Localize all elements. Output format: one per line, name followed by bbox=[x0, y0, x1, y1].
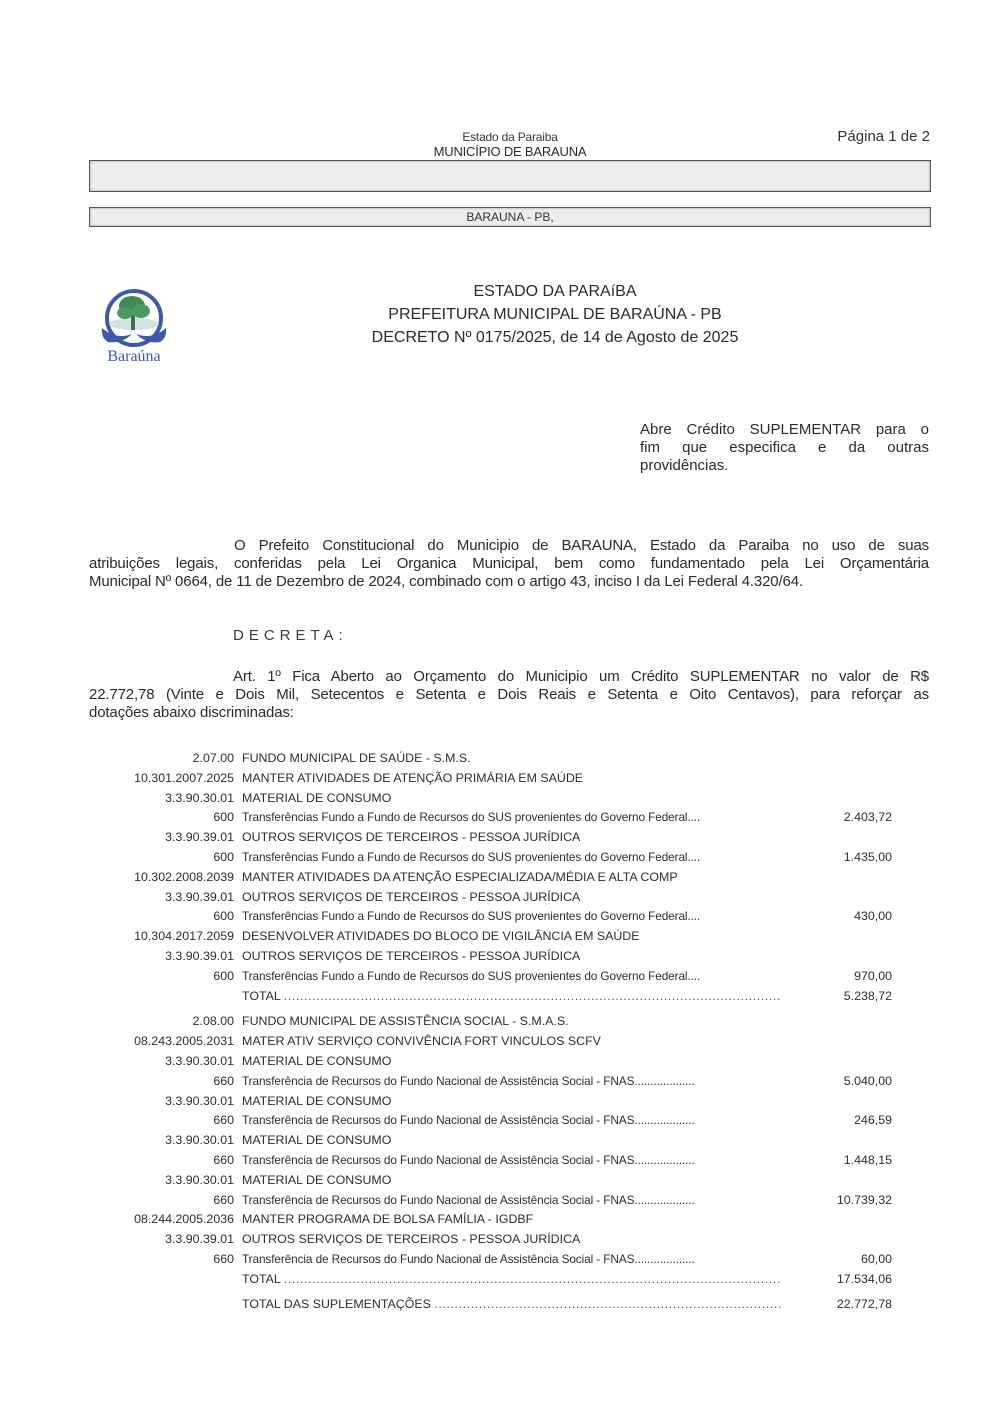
budget-row-grand: TOTAL DAS SUPLEMENTAÇÕES ...............… bbox=[100, 1295, 920, 1315]
budget-row-src: 600Transferências Fundo a Fundo de Recur… bbox=[100, 967, 920, 987]
budget-code: 3.3.90.30.01 bbox=[165, 1052, 234, 1072]
budget-description: MATERIAL DE CONSUMO bbox=[242, 1131, 391, 1151]
budget-value: 22.772,78 bbox=[837, 1295, 892, 1315]
title-state: ESTADO DA PARAíBA bbox=[300, 280, 810, 303]
budget-code: 3.3.90.39.01 bbox=[165, 947, 234, 967]
budget-description: MATERIAL DE CONSUMO bbox=[242, 789, 391, 809]
budget-row-src: 660Transferência de Recursos do Fundo Na… bbox=[100, 1250, 920, 1270]
budget-code: 600 bbox=[213, 907, 234, 927]
article-line: dotações abaixo discriminadas: bbox=[89, 704, 929, 722]
budget-value: 10.739,32 bbox=[837, 1191, 892, 1211]
budget-code: 660 bbox=[213, 1191, 234, 1211]
budget-description: MANTER ATIVIDADES DE ATENÇÃO PRIMÁRIA EM… bbox=[242, 769, 583, 789]
budget-row-element: 3.3.90.30.01MATERIAL DE CONSUMO bbox=[100, 1171, 920, 1191]
budget-description: MANTER ATIVIDADES DA ATENÇÃO ESPECIALIZA… bbox=[242, 868, 678, 888]
article-line: 22.772,78 (Vinte e Dois Mil, Setecentos … bbox=[89, 686, 929, 704]
preamble-paragraph: O Prefeito Constitucional do Municipio d… bbox=[89, 537, 929, 591]
budget-description: OUTROS SERVIÇOS DE TERCEIROS - PESSOA JU… bbox=[242, 1230, 580, 1250]
budget-code: 3.3.90.30.01 bbox=[165, 1092, 234, 1112]
budget-description: OUTROS SERVIÇOS DE TERCEIROS - PESSOA JU… bbox=[242, 947, 580, 967]
budget-row-unit: 2.08.00FUNDO MUNICIPAL DE ASSISTÊNCIA SO… bbox=[100, 1012, 920, 1032]
budget-code: 3.3.90.30.01 bbox=[165, 1171, 234, 1191]
budget-code: 600 bbox=[213, 808, 234, 828]
budget-code: 3.3.90.39.01 bbox=[165, 888, 234, 908]
budget-description: TOTAL ..................................… bbox=[242, 987, 782, 1007]
budget-description: Transferência de Recursos do Fundo Nacio… bbox=[242, 1111, 695, 1131]
budget-value: 1.448,15 bbox=[844, 1151, 892, 1171]
preamble-line: O Prefeito Constitucional do Municipio d… bbox=[89, 537, 929, 555]
budget-code: 660 bbox=[213, 1151, 234, 1171]
budget-description: OUTROS SERVIÇOS DE TERCEIROS - PESSOA JU… bbox=[242, 888, 580, 908]
budget-code: 2.07.00 bbox=[193, 749, 234, 769]
budget-description: Transferências Fundo a Fundo de Recursos… bbox=[242, 907, 700, 927]
budget-description: DESENVOLVER ATIVIDADES DO BLOCO DE VIGIL… bbox=[242, 927, 640, 947]
budget-value: 970,00 bbox=[854, 967, 892, 987]
budget-value: 5.040,00 bbox=[844, 1072, 892, 1092]
budget-row-src: 660Transferência de Recursos do Fundo Na… bbox=[100, 1111, 920, 1131]
budget-description: Transferências Fundo a Fundo de Recursos… bbox=[242, 848, 700, 868]
decreta-heading: DECRETA: bbox=[233, 627, 348, 644]
budget-code: 2.08.00 bbox=[193, 1012, 234, 1032]
budget-row-element: 3.3.90.30.01MATERIAL DE CONSUMO bbox=[100, 1092, 920, 1112]
budget-row-total: TOTAL ..................................… bbox=[100, 987, 920, 1007]
budget-row-action: 10.302.2008.2039MANTER ATIVIDADES DA ATE… bbox=[100, 868, 920, 888]
budget-description: Transferências Fundo a Fundo de Recursos… bbox=[242, 808, 700, 828]
page-indicator: Página 1 de 2 bbox=[837, 128, 930, 145]
budget-row-src: 600Transferências Fundo a Fundo de Recur… bbox=[100, 848, 920, 868]
budget-row-element: 3.3.90.39.01OUTROS SERVIÇOS DE TERCEIROS… bbox=[100, 947, 920, 967]
budget-row-src: 600Transferências Fundo a Fundo de Recur… bbox=[100, 907, 920, 927]
budget-description: FUNDO MUNICIPAL DE ASSISTÊNCIA SOCIAL - … bbox=[242, 1012, 569, 1032]
budget-value: 5.238,72 bbox=[844, 987, 892, 1007]
budget-code: 3.3.90.39.01 bbox=[165, 1230, 234, 1250]
budget-row-action: 10.301.2007.2025MANTER ATIVIDADES DE ATE… bbox=[100, 769, 920, 789]
budget-code: 10.301.2007.2025 bbox=[134, 769, 234, 789]
budget-row-element: 3.3.90.39.01OUTROS SERVIÇOS DE TERCEIROS… bbox=[100, 888, 920, 908]
budget-code: 3.3.90.30.01 bbox=[165, 789, 234, 809]
header-blank-bar bbox=[89, 160, 931, 192]
budget-row-src: 600Transferências Fundo a Fundo de Recur… bbox=[100, 808, 920, 828]
budget-description: OUTROS SERVIÇOS DE TERCEIROS - PESSOA JU… bbox=[242, 828, 580, 848]
budget-description: MATERIAL DE CONSUMO bbox=[242, 1092, 391, 1112]
location-bar: BARAUNA - PB, bbox=[89, 207, 931, 227]
logo-text: Baraúna bbox=[96, 348, 172, 366]
budget-row-action: 08.244.2005.2036MANTER PROGRAMA DE BOLSA… bbox=[100, 1210, 920, 1230]
budget-description: MANTER PROGRAMA DE BOLSA FAMÍLIA - IGDBF bbox=[242, 1210, 533, 1230]
summary-line: Abre Crédito SUPLEMENTAR para o bbox=[640, 421, 929, 439]
budget-description: Transferência de Recursos do Fundo Nacio… bbox=[242, 1250, 695, 1270]
budget-description: MATER ATIV SERVIÇO CONVIVÊNCIA FORT VINC… bbox=[242, 1032, 601, 1052]
budget-code: 10.304.2017.2059 bbox=[134, 927, 234, 947]
budget-row-element: 3.3.90.30.01MATERIAL DE CONSUMO bbox=[100, 1131, 920, 1151]
article-1: Art. 1º Fica Aberto ao Orçamento do Muni… bbox=[89, 668, 929, 722]
budget-value: 1.435,00 bbox=[844, 848, 892, 868]
budget-description: Transferências Fundo a Fundo de Recursos… bbox=[242, 967, 700, 987]
budget-description: MATERIAL DE CONSUMO bbox=[242, 1052, 391, 1072]
budget-code: 600 bbox=[213, 967, 234, 987]
budget-code: 08.243.2005.2031 bbox=[134, 1032, 234, 1052]
budget-row-src: 660Transferência de Recursos do Fundo Na… bbox=[100, 1072, 920, 1092]
summary-line: providências. bbox=[640, 457, 929, 475]
budget-description: Transferência de Recursos do Fundo Nacio… bbox=[242, 1072, 695, 1092]
article-line: Art. 1º Fica Aberto ao Orçamento do Muni… bbox=[89, 668, 929, 686]
budget-row-action: 08.243.2005.2031MATER ATIV SERVIÇO CONVI… bbox=[100, 1032, 920, 1052]
budget-code: 660 bbox=[213, 1250, 234, 1270]
budget-value: 17.534,06 bbox=[837, 1270, 892, 1290]
budget-code: 3.3.90.39.01 bbox=[165, 828, 234, 848]
budget-row-action: 10.304.2017.2059DESENVOLVER ATIVIDADES D… bbox=[100, 927, 920, 947]
budget-code: 660 bbox=[213, 1072, 234, 1092]
budget-description: Transferência de Recursos do Fundo Nacio… bbox=[242, 1191, 695, 1211]
budget-row-element: 3.3.90.39.01OUTROS SERVIÇOS DE TERCEIROS… bbox=[100, 828, 920, 848]
budget-code: 10.302.2008.2039 bbox=[134, 868, 234, 888]
preamble-line: Municipal Nº 0664, de 11 de Dezembro de … bbox=[89, 573, 929, 591]
budget-row-total: TOTAL ..................................… bbox=[100, 1270, 920, 1290]
budget-row-src: 660Transferência de Recursos do Fundo Na… bbox=[100, 1151, 920, 1171]
budget-code: 600 bbox=[213, 848, 234, 868]
budget-row-element: 3.3.90.30.01MATERIAL DE CONSUMO bbox=[100, 789, 920, 809]
budget-value: 246,59 bbox=[854, 1111, 892, 1131]
budget-value: 60,00 bbox=[861, 1250, 892, 1270]
summary-line: fim que especifica e da outras bbox=[640, 439, 929, 457]
budget-row-element: 3.3.90.39.01OUTROS SERVIÇOS DE TERCEIROS… bbox=[100, 1230, 920, 1250]
budget-row-element: 3.3.90.30.01MATERIAL DE CONSUMO bbox=[100, 1052, 920, 1072]
preamble-line: atribuições legais, conferidas pela Lei … bbox=[89, 555, 929, 573]
decree-title: DECRETO Nº 0175/2025, de 14 de Agosto de… bbox=[300, 326, 810, 349]
budget-description: TOTAL ..................................… bbox=[242, 1270, 782, 1290]
budget-description: Transferência de Recursos do Fundo Nacio… bbox=[242, 1151, 695, 1171]
budget-value: 2.403,72 bbox=[844, 808, 892, 828]
budget-allocation-table: 2.07.00FUNDO MUNICIPAL DE SAÚDE - S.M.S.… bbox=[100, 749, 920, 1314]
budget-code: 3.3.90.30.01 bbox=[165, 1131, 234, 1151]
budget-code: 660 bbox=[213, 1111, 234, 1131]
header-municipality: MUNICÍPIO DE BARAUNA bbox=[0, 144, 1000, 159]
budget-description: MATERIAL DE CONSUMO bbox=[242, 1171, 391, 1191]
budget-description: TOTAL DAS SUPLEMENTAÇÕES ...............… bbox=[242, 1295, 782, 1315]
budget-row-src: 660Transferência de Recursos do Fundo Na… bbox=[100, 1191, 920, 1211]
budget-row-unit: 2.07.00FUNDO MUNICIPAL DE SAÚDE - S.M.S. bbox=[100, 749, 920, 769]
budget-value: 430,00 bbox=[854, 907, 892, 927]
budget-code: 08.244.2005.2036 bbox=[134, 1210, 234, 1230]
decree-summary: Abre Crédito SUPLEMENTAR para o fim que … bbox=[640, 421, 929, 475]
title-prefeitura: PREFEITURA MUNICIPAL DE BARAÚNA - PB bbox=[300, 303, 810, 326]
budget-description: FUNDO MUNICIPAL DE SAÚDE - S.M.S. bbox=[242, 749, 471, 769]
